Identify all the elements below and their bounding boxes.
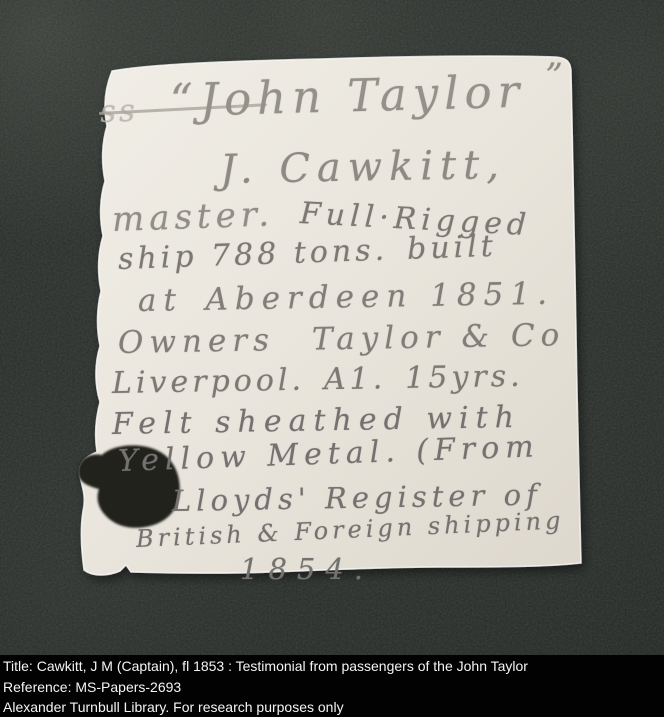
handwriting-line-captain: J. Cawkitt, — [220, 142, 507, 193]
handwriting-line-ship-name: “John Taylor — [169, 65, 525, 127]
caption-library: Alexander Turnbull Library. For research… — [3, 697, 664, 717]
handwriting-line-liverpool: Liverpool. A1. 15yrs. — [112, 359, 524, 401]
caption-title: Title: Cawkitt, J M (Captain), fl 1853 :… — [3, 656, 664, 677]
handwriting-line-master: master. — [111, 194, 274, 240]
handwriting-closing-quote: ” — [544, 56, 563, 97]
handwriting-line-built: at Aberdeen 1851. — [138, 276, 555, 319]
caption-bar: Title: Cawkitt, J M (Captain), fl 1853 :… — [0, 655, 664, 717]
handwriting-line-year: 1854. — [240, 552, 373, 586]
caption-reference: Reference: MS-Papers-2693 — [3, 677, 664, 698]
screenshot-root: ss “John Taylor ” J. Cawkitt, master. Fu… — [0, 0, 664, 717]
photo-background: ss “John Taylor ” J. Cawkitt, master. Fu… — [0, 0, 664, 655]
